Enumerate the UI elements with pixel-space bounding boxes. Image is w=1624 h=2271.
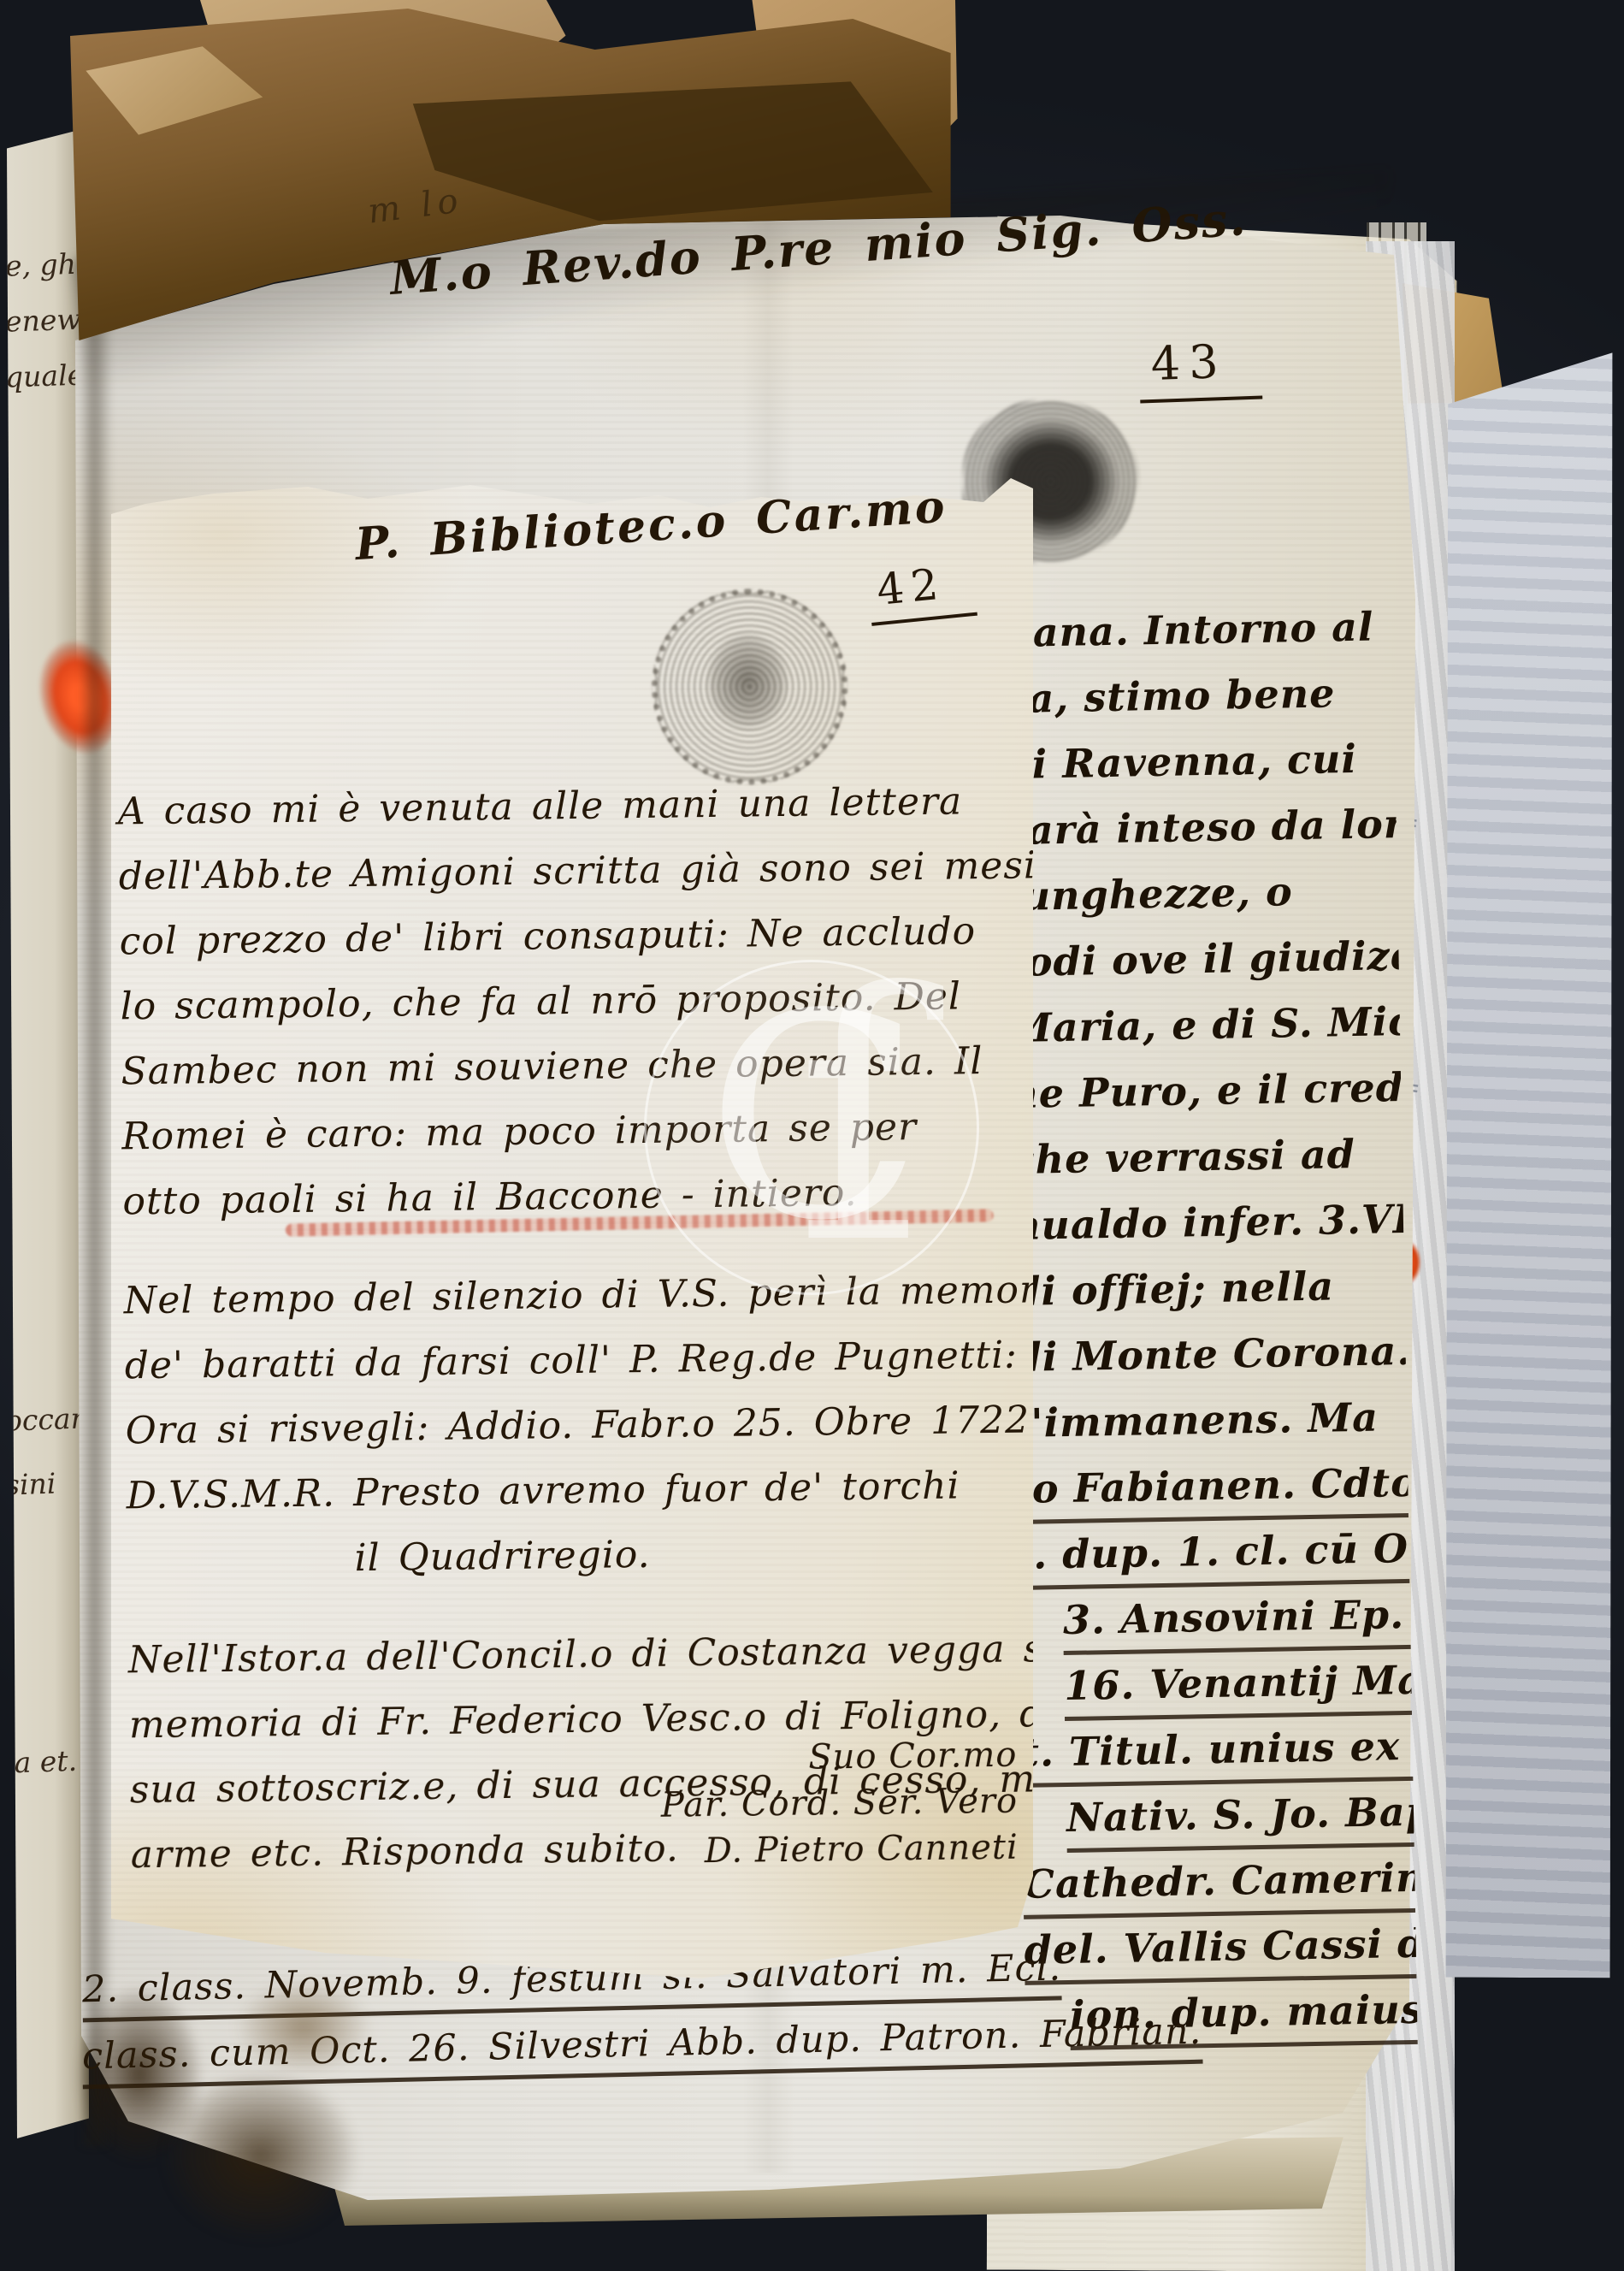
manuscript-line: A caso mi è venuta alle mani una lettera: [117, 769, 1023, 845]
manuscript-line: liana. Intorno al: [1001, 594, 1393, 666]
manuscript-line: D.V.S.M.R. Presto avremo fuor de' torchi: [126, 1452, 1031, 1529]
manuscript-line: 16. Venantij Mart.: [1019, 1647, 1412, 1720]
manuscript-line: sarà inteso da loro,: [1004, 791, 1397, 864]
text-fragment: occare: [4, 1401, 86, 1437]
ink-stain: [218, 1967, 389, 2087]
manuscript-line: dell'Abb.te Amigoni scritta già sono sei…: [118, 834, 1024, 910]
manuscript-line: ea, stimo bene: [1002, 659, 1395, 732]
folio-number-42: 42: [866, 556, 977, 626]
signature-line: D. Pietro Canneti: [650, 1824, 1019, 1875]
ink-stain: [162, 2070, 359, 2241]
page43-text-column: liana. Intorno alea, stimo benedi Ravenn…: [1001, 594, 1418, 2055]
text-fragment: la et.: [4, 1743, 86, 1779]
manuscript-line: ne Puro, e il credito: [1009, 1055, 1402, 1127]
manuscript-line: Nativ. S. Jo. Bapt.: [1021, 1779, 1414, 1852]
text-fragment: sini: [4, 1465, 86, 1501]
manuscript-line: di Ravenna, cui: [1003, 725, 1396, 798]
manuscript-line: Ora si risvegli: Addio. Fabr.o 25. Obre …: [125, 1387, 1031, 1464]
manuscript-line: 3. Ansovini Ep. Conf.: [1018, 1582, 1410, 1654]
archive-watermark: C ſ: [644, 960, 979, 1295]
archive-photo: e=n=1:b:4 e, ghamenewquale S.occaresinil…: [0, 0, 1624, 2271]
manuscript-line: il Quadriregio.: [127, 1517, 1032, 1594]
folio-number-42-text: 42: [875, 559, 948, 615]
signature-line: Suo Cor.mo: [649, 1732, 1018, 1783]
text-fragment: quale S.: [4, 358, 86, 393]
signature-line: Par. Cord. Ser. Vero: [650, 1778, 1019, 1829]
manuscript-line: di Monte Corona. è: [1013, 1318, 1406, 1391]
manuscript-line: di offiej; nella: [1013, 1252, 1405, 1325]
book-gutter-shadow: [79, 248, 113, 2147]
manuscript-line: nualdo infer. 3.VE.: [1011, 1186, 1403, 1259]
manuscript-line: Maria, e di S. Miche:: [1007, 989, 1400, 1062]
folio-number-43-text: 43: [1150, 334, 1228, 391]
manuscript-line: de' baratti da farsi coll' P. Reg.de Pug…: [124, 1322, 1030, 1399]
letter42-signature: Suo Cor.moPar. Cord. Ser. VeroD. Pietro …: [649, 1732, 1019, 1875]
manuscript-line: io Fabianen. Cdto: [1016, 1450, 1408, 1523]
manuscript-line: lunghezze, o: [1006, 857, 1398, 930]
folio-number-43: 43: [1138, 334, 1262, 404]
manuscript-line: l. dup. 1. cl. cū Oct.: [1017, 1516, 1409, 1588]
text-fragment: enew: [4, 302, 86, 338]
watermark-monogram: ſ: [796, 921, 923, 1319]
manuscript-line: t. Titul. unius ex di:: [1020, 1713, 1413, 1786]
manuscript-line: l'immanens. Ma: [1014, 1384, 1407, 1457]
manuscript-line: che verrassi ad: [1010, 1121, 1403, 1193]
round-library-stamp-icon: [651, 588, 849, 786]
manuscript-line: Cathedr. Camerini dup.: [1023, 1845, 1415, 1918]
manuscript-line: todi ove il giudize:: [1007, 923, 1399, 996]
blue-gray-sheet: [1443, 352, 1616, 1978]
manuscript-line: Nell'Istor.a dell'Concil.o di Costanza v…: [128, 1617, 1034, 1693]
